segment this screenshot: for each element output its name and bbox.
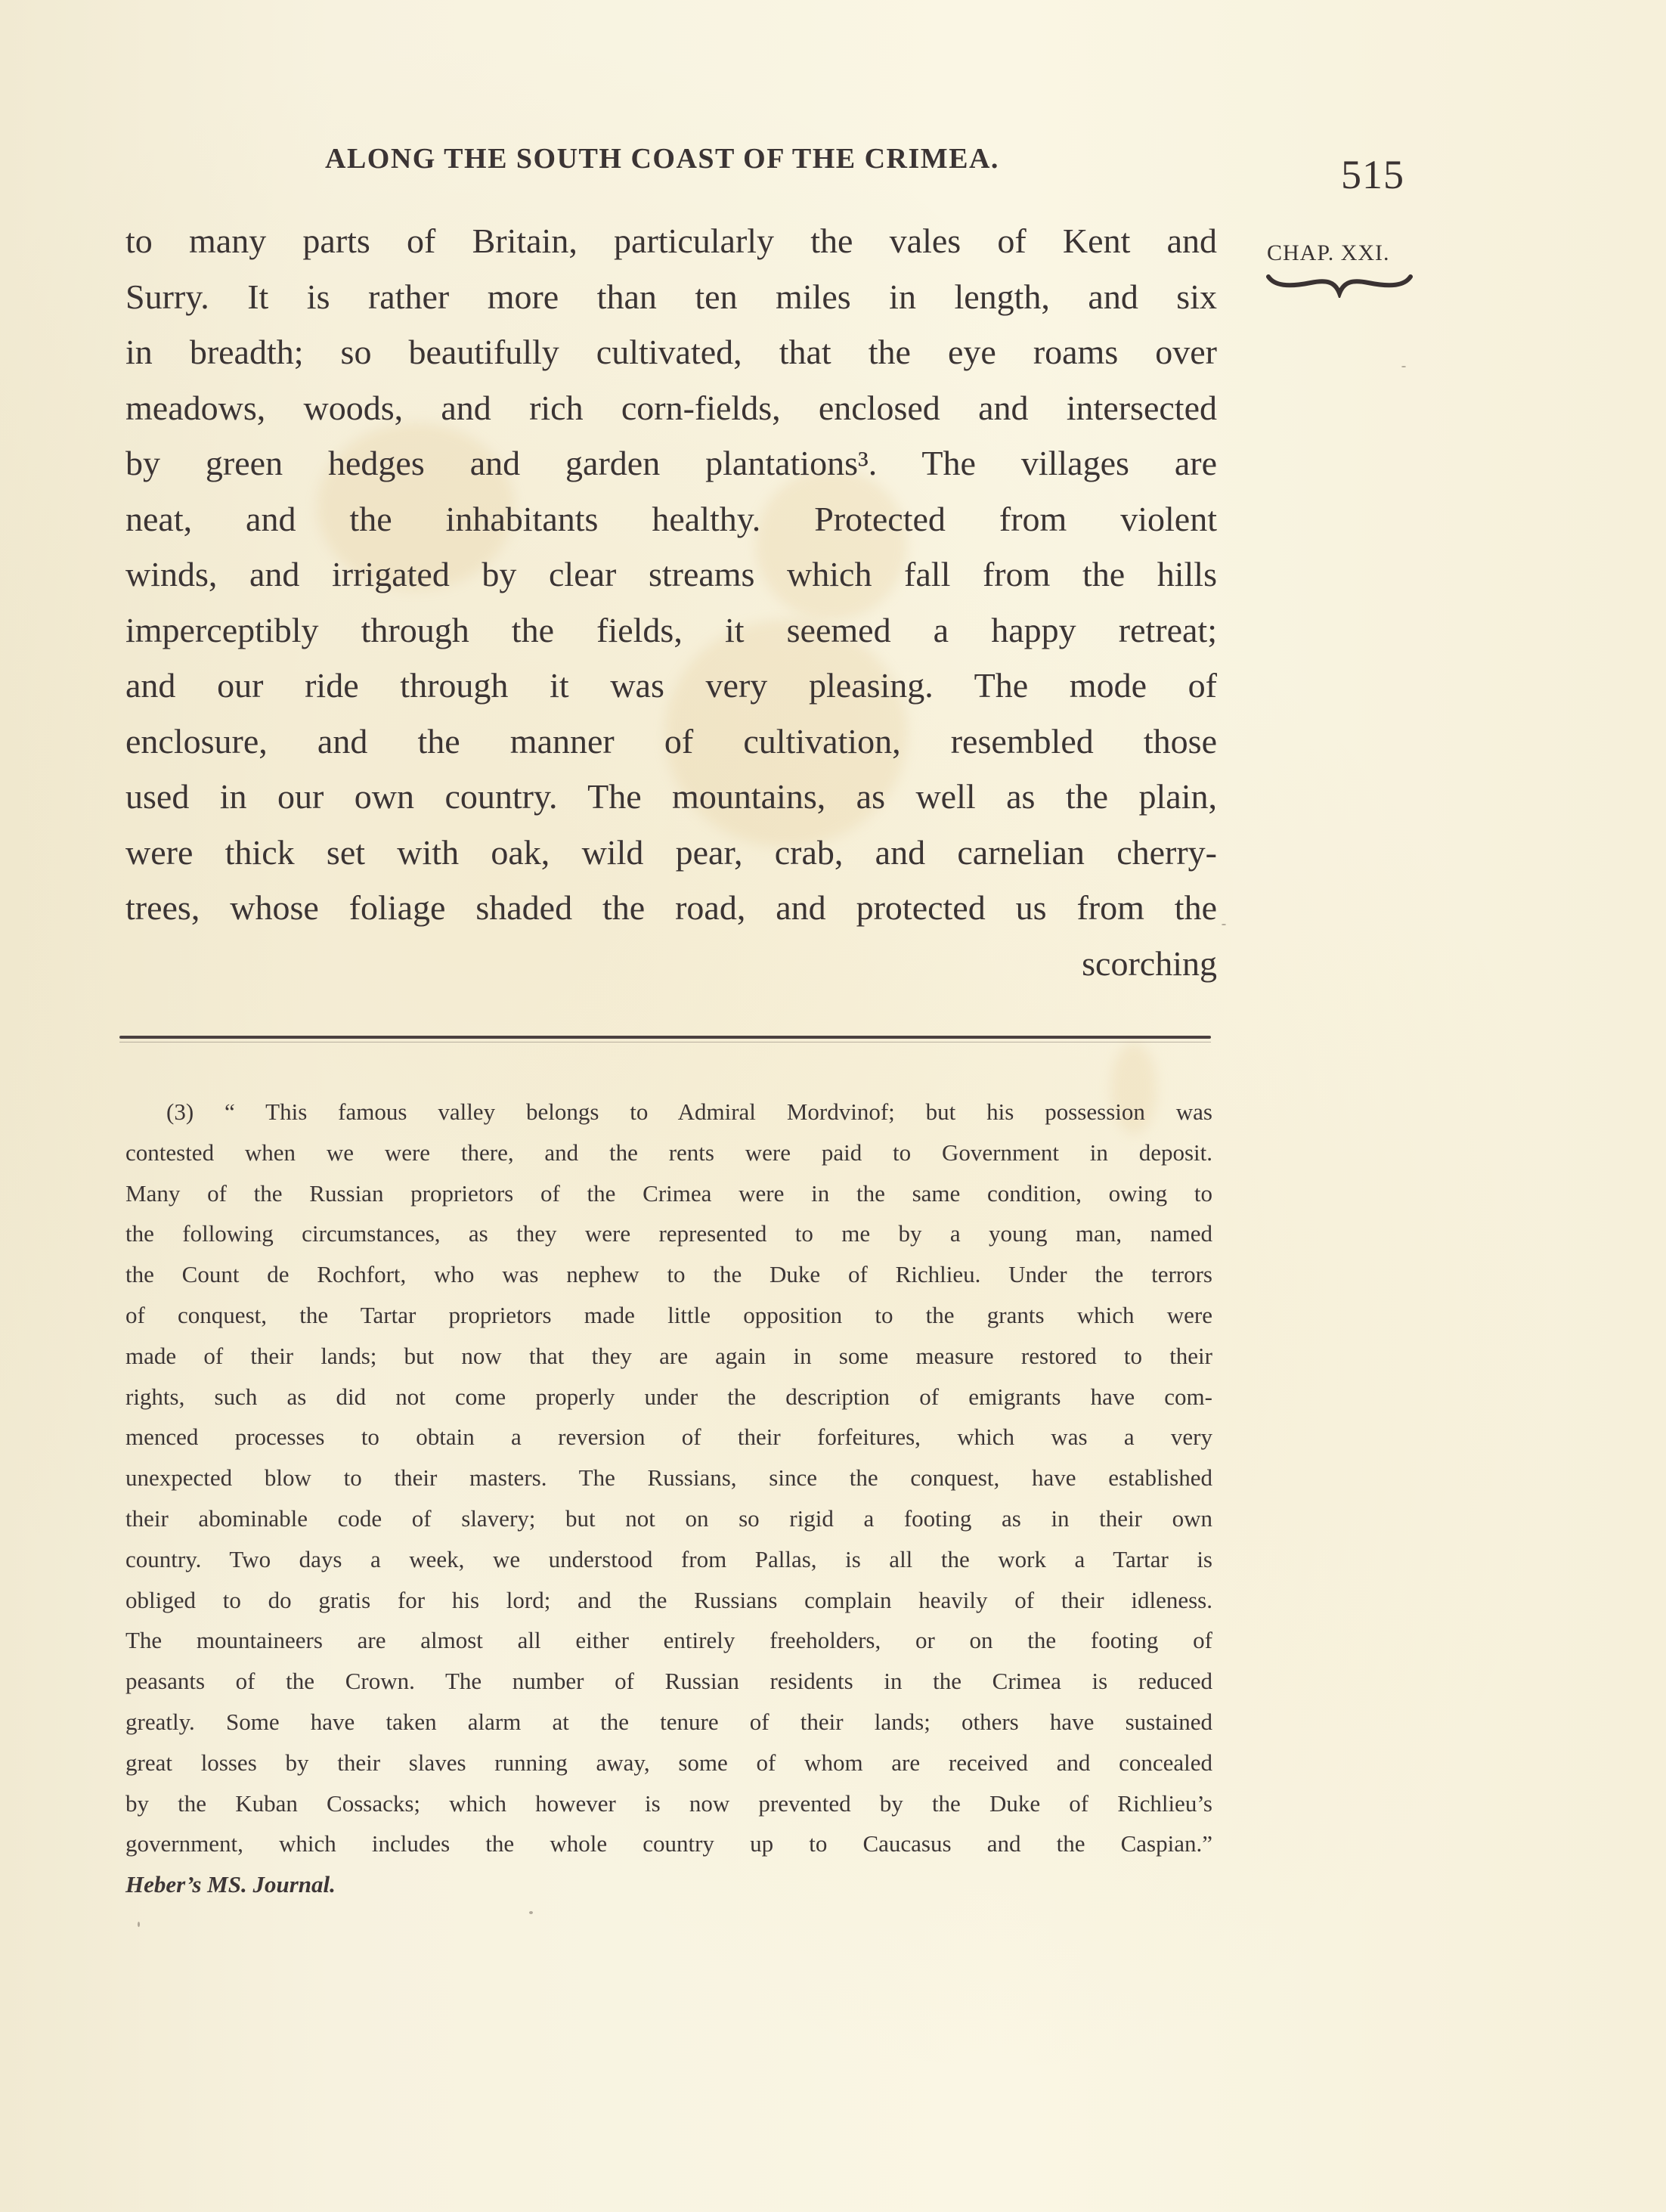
body-line: to many parts of Britain, particularly t… [125,213,1217,269]
body-line: used in our own country. The mountains, … [125,769,1217,825]
footnote-line: great losses by their slaves running awa… [125,1743,1212,1783]
footnote-line: government, which includes the whole cou… [125,1823,1212,1864]
catchword: scorching [125,936,1217,992]
chapter-label: CHAP. XXI. [1267,240,1390,266]
footnote-line: (3) “ This famous valley belongs to Admi… [125,1092,1212,1132]
footnote-line: their abominable code of slavery; but no… [125,1498,1212,1539]
footnote-line: obliged to do gratis for his lord; and t… [125,1580,1212,1621]
body-line: and our ride through it was very pleasin… [125,658,1217,714]
footnote-line: unexpected blow to their masters. The Ru… [125,1458,1212,1498]
body-line: were thick set with oak, wild pear, crab… [125,825,1217,881]
footnote-rule [119,1036,1211,1039]
paper-speck [1401,366,1406,367]
footnote-line: Many of the Russian proprietors of the C… [125,1173,1212,1214]
footnote-line: contested when we were there, and the re… [125,1132,1212,1173]
body-line: winds, and irrigated by clear streams wh… [125,547,1217,603]
body-line: trees, whose foliage shaded the road, an… [125,880,1217,936]
footnote: (3) “ This famous valley belongs to Admi… [125,1092,1212,1905]
body-line: imperceptibly through the fields, it see… [125,603,1217,658]
paper-speck [529,1911,533,1914]
body-line: neat, and the inhabitants healthy. Prote… [125,491,1217,547]
footnote-line: peasants of the Crown. The number of Rus… [125,1661,1212,1702]
brace-ornament-icon [1265,272,1414,298]
footnote-line: of conquest, the Tartar proprietors made… [125,1295,1212,1336]
footnote-line: menced processes to obtain a reversion o… [125,1417,1212,1458]
footnote-line: country. Two days a week, we understood … [125,1539,1212,1580]
body-line: by green hedges and garden plantations³.… [125,435,1217,491]
paper-speck [1222,924,1226,925]
body-line: in breadth; so beautifully cultivated, t… [125,324,1217,380]
footnote-line: made of their lands; but now that they a… [125,1336,1212,1377]
footnote-line: by the Kuban Cossacks; which however is … [125,1783,1212,1824]
footnote-line: The mountaineers are almost all either e… [125,1620,1212,1661]
footnote-rule-shadow [119,1042,1211,1042]
body-line: meadows, woods, and rich corn-fields, en… [125,380,1217,436]
footnote-line: the following circumstances, as they wer… [125,1213,1212,1254]
running-title: ALONG THE SOUTH COAST OF THE CRIMEA. [325,142,999,175]
footnote-line: rights, such as did not come properly un… [125,1377,1212,1417]
page-number: 515 [1341,151,1404,198]
body-line: Surry. It is rather more than ten miles … [125,269,1217,325]
footnote-line: greatly. Some have taken alarm at the te… [125,1702,1212,1743]
body-line: enclosure, and the manner of cultivation… [125,714,1217,770]
body-text: to many parts of Britain, particularly t… [125,213,1217,991]
paper-speck [138,1922,140,1927]
book-page: ALONG THE SOUTH COAST OF THE CRIMEA. 515… [0,0,1666,2212]
footnote-line: the Count de Rochfort, who was nephew to… [125,1254,1212,1295]
footnote-source: Heber’s MS. Journal. [125,1864,1212,1905]
